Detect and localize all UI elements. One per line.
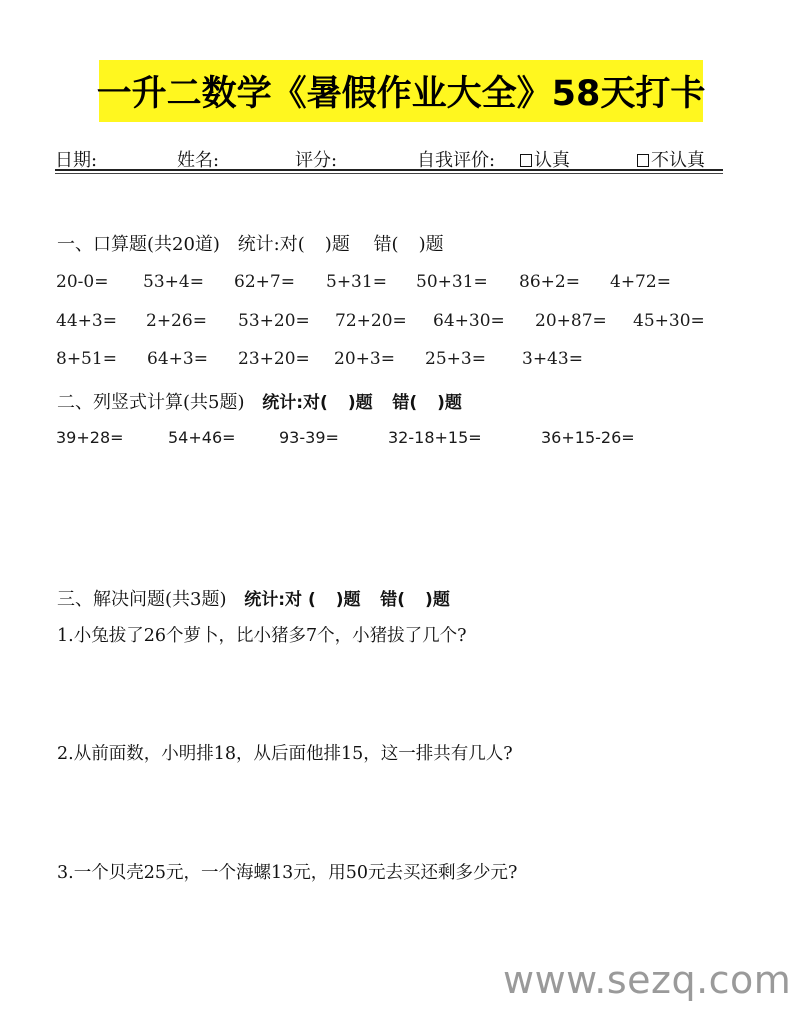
section-2-heading: 二、列竖式计算(共5题) 统计:对()题 错()题 [57,388,462,414]
header-rule-thin [55,173,723,174]
vertical-problem: 93-39= [279,428,339,447]
section-1-correct-suffix: )题 [325,234,350,255]
section-3-correct-suffix: )题 [336,590,361,610]
section-3-title: 三、解决问题(共3题) [57,589,227,610]
section-3-wrong-label: 错( [380,590,405,610]
section-1-heading: 一、口算题(共20道) 统计:对()题 错()题 [57,230,444,256]
page-title: 一升二数学《暑假作业大全》58天打卡 [97,66,706,116]
oral-problem: 50+31= [416,272,488,292]
oral-problem: 20-0= [56,272,108,292]
word-problem-1: 1.小兔拔了26个萝卜，比小猪多7个，小猪拔了几个? [57,622,466,647]
section-1-stat-label: 统计: [238,234,280,255]
section-1-correct-label: 对( [280,234,305,255]
section-3-wrong-suffix: )题 [425,590,450,610]
option-serious-label: 认真 [534,150,570,171]
section-2-correct-label: 对( [303,393,328,413]
section-1-wrong-suffix: )题 [419,234,444,255]
vertical-problem: 32-18+15= [388,428,482,447]
option-not-serious-label: 不认真 [651,150,705,171]
oral-problem: 64+30= [433,311,505,331]
word-problem-3: 3.一个贝壳25元，一个海螺13元，用50元去买还剩多少元? [57,859,517,884]
section-1-title: 一、口算题(共20道) [57,234,220,255]
oral-problem: 53+4= [143,272,204,292]
title-banner: 一升二数学《暑假作业大全》58天打卡 [99,60,703,122]
header-rule-thick [55,169,723,171]
oral-problem: 86+2= [519,272,580,292]
checkbox-serious[interactable] [520,154,532,167]
oral-problem: 20+3= [334,349,395,369]
vertical-problem: 39+28= [56,428,124,447]
section-1-wrong-label: 错( [374,234,399,255]
oral-problem: 8+51= [56,349,117,369]
section-2-correct-suffix: )题 [348,393,373,413]
oral-problem: 5+31= [326,272,387,292]
section-3-correct-label: 对 ( [285,590,316,610]
section-2-title: 二、列竖式计算(共5题) [57,392,245,413]
info-row: 日期: 姓名: 评分: 自我评价: 认真 不认真 [55,146,723,170]
oral-problem: 62+7= [234,272,295,292]
watermark: www.sezq.com [503,958,791,1002]
vertical-problem: 36+15-26= [541,428,635,447]
oral-problem: 72+20= [335,311,407,331]
oral-problem: 20+87= [535,311,607,331]
section-2-wrong-suffix: )题 [437,393,462,413]
oral-problem: 2+26= [146,311,207,331]
section-3-stat-label: 统计: [244,590,285,610]
vertical-problem: 54+46= [168,428,236,447]
section-2-wrong-label: 错( [392,393,417,413]
oral-problem: 3+43= [522,349,583,369]
section-3-heading: 三、解决问题(共3题) 统计:对 ()题 错()题 [57,585,450,611]
word-problem-2: 2.从前面数，小明排18，从后面他排15，这一排共有几人? [57,740,513,765]
oral-problem: 64+3= [147,349,208,369]
oral-problem: 53+20= [238,311,310,331]
section-2-stat-label: 统计: [262,393,303,413]
oral-problem: 45+30= [633,311,705,331]
oral-problem: 4+72= [610,272,671,292]
oral-problem: 23+20= [238,349,310,369]
oral-problem: 44+3= [56,311,117,331]
checkbox-not-serious[interactable] [637,154,649,167]
oral-problem: 25+3= [425,349,486,369]
